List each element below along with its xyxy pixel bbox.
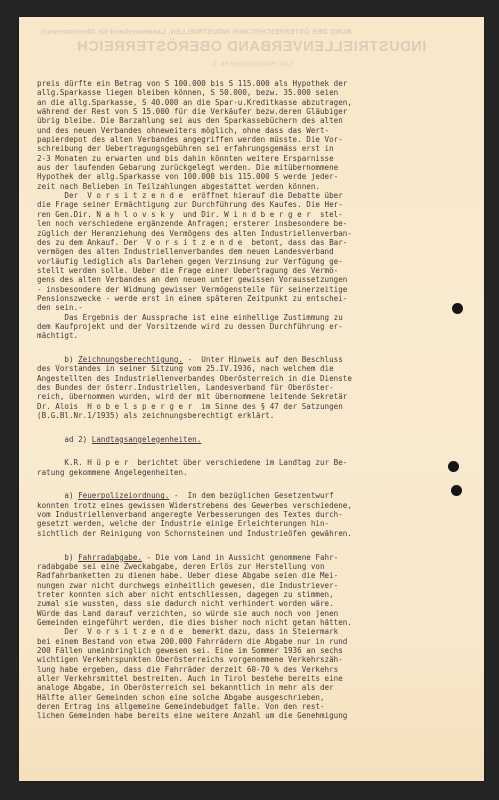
paragraph-purchase-financing: preis dürfte ein Betrag von S 100.000 bi… bbox=[37, 79, 462, 191]
section-heading: Landtagsangelegenheiten. bbox=[92, 435, 202, 444]
punch-hole bbox=[448, 461, 459, 472]
section-heading: Fahrradabgabe. bbox=[78, 553, 142, 562]
text-line: den sein.- bbox=[37, 303, 462, 312]
text-line: Hälfte aller Gemeinden schon eine solche… bbox=[37, 693, 462, 702]
section-heading-line: a) Feuerpolizeiordnung. - In dem bezügli… bbox=[37, 491, 462, 500]
text-line: und des neuen Verbandes ohneweiters mögl… bbox=[37, 126, 462, 135]
text-line: Angestellten des Industriellenverbandes … bbox=[37, 374, 462, 383]
text-line: Radfahrbanketten zu dienen habe. Ueber d… bbox=[37, 571, 462, 580]
text-line: lichen Gemeinden habe bereits eine weite… bbox=[37, 711, 462, 720]
text-line: aller Verkehrsmittel bestreiten. Auch in… bbox=[37, 674, 462, 683]
section-heading-line: b) Fahrradabgabe. - Die vom Land in Auss… bbox=[37, 553, 462, 562]
text-line: reich, übernommen wurden, wird der mit ü… bbox=[37, 392, 462, 401]
text-line: des Bundes der österr.Industriellen, Lan… bbox=[37, 383, 462, 392]
text-line: ren Gen.Dir. N a h l o v s k y und Dir. … bbox=[37, 210, 462, 219]
section-prefix: ad 2) bbox=[37, 435, 92, 444]
spacer bbox=[37, 341, 462, 350]
section-signing-authority: b) Zeichnungsberechtigung. - Unter Hinwe… bbox=[37, 355, 462, 420]
text-line: vom Industriellenverband angeregte Verbe… bbox=[37, 510, 462, 519]
section-prefix: b) bbox=[37, 355, 78, 364]
text-line: Würde das Land darauf verzichten, so wür… bbox=[37, 609, 462, 618]
spacer bbox=[37, 444, 462, 453]
text-line: die Frage seiner Ermächtigung zur Durchf… bbox=[37, 200, 462, 209]
text-line: Gemeinden eingeführt werden, die dies bi… bbox=[37, 618, 462, 627]
text-line: gens des alten Verbandes an den neuen un… bbox=[37, 275, 462, 284]
section-prefix: a) bbox=[37, 491, 78, 500]
text-line: 200 Fällen uneinbringlich gewesen sei. E… bbox=[37, 646, 462, 655]
letterhead-line-1: BUND DER ÖSTERREICHISCHEN INDUSTRIELLEN,… bbox=[19, 27, 484, 38]
section-prefix: b) bbox=[37, 553, 78, 562]
paragraph-result: Das Ergebnis der Aussprache ist eine ein… bbox=[37, 313, 462, 341]
text-line: aus der laufenden Gebarung zurückgelegt … bbox=[37, 163, 462, 172]
section-heading-line: b) Zeichnungsberechtigung. - Unter Hinwe… bbox=[37, 355, 462, 364]
section-bicycle-tax: b) Fahrradabgabe. - Die vom Land in Auss… bbox=[37, 553, 462, 721]
text-line: übrig bleibe. Die Barzahlung sei aus den… bbox=[37, 116, 462, 125]
text-line: vermögen des alten Industriellenverbande… bbox=[37, 247, 462, 256]
text-line: bei einem Bestand von etwa 200.000 Fahrr… bbox=[37, 637, 462, 646]
text-line: Dr. Alois H o b e l s p e r g e r im Sin… bbox=[37, 402, 462, 411]
text-line: Pensionszwecke - werde erst in einem spä… bbox=[37, 294, 462, 303]
text-line: konnten trotz eines gewissen Widerstrebe… bbox=[37, 501, 462, 510]
text-line: nungen zwar nicht durchwegs einheitlich … bbox=[37, 581, 462, 590]
typed-body: preis dürfte ein Betrag von S 100.000 bi… bbox=[37, 79, 462, 721]
text-line: während der Rest von S 15.000 für die Ve… bbox=[37, 107, 462, 116]
spacer bbox=[37, 420, 462, 429]
section-heading: Feuerpolizeiordnung. bbox=[78, 491, 169, 500]
text-line: an die allg.Sparkasse, S 40.000 an die S… bbox=[37, 98, 462, 107]
heading-line-rest: - In dem bezüglichen Gesetzentwurf bbox=[169, 491, 333, 500]
heading-line-rest: - Die vom Land in Aussicht genommene Fah… bbox=[142, 553, 338, 562]
text-line: mächtigt. bbox=[37, 331, 462, 340]
text-line: - insbesondere der Widmung gewisser Verm… bbox=[37, 285, 462, 294]
text-line: des Vorstandes in seiner Sitzung vom 25.… bbox=[37, 364, 462, 373]
paragraph-huper-report: K.R. H ü p e r berichtet über verschiede… bbox=[37, 458, 462, 477]
text-line: Hypothek der allg.Sparkasse von 100.000 … bbox=[37, 172, 462, 181]
section-heading-line: ad 2) Landtagsangelegenheiten. bbox=[37, 435, 462, 444]
text-line: lung habe ergeben, dass die Fahrräder de… bbox=[37, 665, 462, 674]
text-line: vorläufig lediglich als Darlehen gegen V… bbox=[37, 257, 462, 266]
text-line: len noch verschiedene ergänzende Anfrage… bbox=[37, 219, 462, 228]
text-line: zeit nach Belieben in Teilzahlungen abge… bbox=[37, 182, 462, 191]
text-line: gesetzt werden, welche der Industrie ein… bbox=[37, 519, 462, 528]
text-line: 2-3 Monaten zu erwarten und bis dahin kö… bbox=[37, 154, 462, 163]
heading-line-rest: - Unter Hinweis auf den Beschluss bbox=[183, 355, 343, 364]
letterhead-line-2: INDUSTRIELLENVERBAND OBERÖSTERREICH bbox=[19, 38, 484, 56]
spacer bbox=[37, 477, 462, 486]
text-line: treter konnten sich aber nicht entschlie… bbox=[37, 590, 462, 599]
text-line: dem Kaufprojekt und der Vorsitzende wird… bbox=[37, 322, 462, 331]
text-line: (B.G.Bl.Nr.1/1935) als zeichnungsberecht… bbox=[37, 411, 462, 420]
text-line: ratung gekommene Angelegenheiten. bbox=[37, 468, 462, 477]
text-line: papierdepot des alten Verbandes angegrif… bbox=[37, 135, 462, 144]
text-line: züglich der Heranziehung des Vermögens d… bbox=[37, 229, 462, 238]
text-line: deren Ertrag ins allgemeine Gemeindebudg… bbox=[37, 702, 462, 711]
text-line: analoge Abgabe, in Oberösterreich sei be… bbox=[37, 683, 462, 692]
letterhead-line-3: Linz, Bischofstrasse Nr. 3. bbox=[19, 58, 484, 72]
punch-hole bbox=[451, 485, 462, 496]
paragraph-debate: Der V o r s i t z e n d e eröffnet hiera… bbox=[37, 191, 462, 312]
letterhead-bleedthrough: BUND DER ÖSTERREICHISCHEN INDUSTRIELLEN,… bbox=[19, 27, 484, 72]
text-line: schreibung der Uebertragungsgebühren sei… bbox=[37, 144, 462, 153]
spacer bbox=[37, 538, 462, 547]
text-line: K.R. H ü p e r berichtet über verschiede… bbox=[37, 458, 462, 467]
text-line: zumal sie wussten, dass sie dadurch nich… bbox=[37, 599, 462, 608]
text-line: Der V o r s i t z e n d e bemerkt dazu, … bbox=[37, 627, 462, 636]
text-line: stellt werden solle. Ueber die Frage ein… bbox=[37, 266, 462, 275]
text-line: Das Ergebnis der Aussprache ist eine ein… bbox=[37, 313, 462, 322]
punch-hole bbox=[452, 303, 463, 314]
section-heading: Zeichnungsberechtigung. bbox=[78, 355, 183, 364]
text-line: wichtigen Verkehrspunkten Oberösterreich… bbox=[37, 655, 462, 664]
text-line: radabgabe sei eine Zweckabgabe, deren Er… bbox=[37, 562, 462, 571]
text-line: Der V o r s i t z e n d e eröffnet hiera… bbox=[37, 191, 462, 200]
section-fire-police-order: a) Feuerpolizeiordnung. - In dem bezügli… bbox=[37, 491, 462, 538]
text-line: allg.Sparkasse liegen bleiben können, S … bbox=[37, 88, 462, 97]
text-line: des zu dem Ankauf. Der V o r s i t z e n… bbox=[37, 238, 462, 247]
text-line: preis dürfte ein Betrag von S 100.000 bi… bbox=[37, 79, 462, 88]
text-line: sichtlich der Reinigung von Schornsteine… bbox=[37, 529, 462, 538]
